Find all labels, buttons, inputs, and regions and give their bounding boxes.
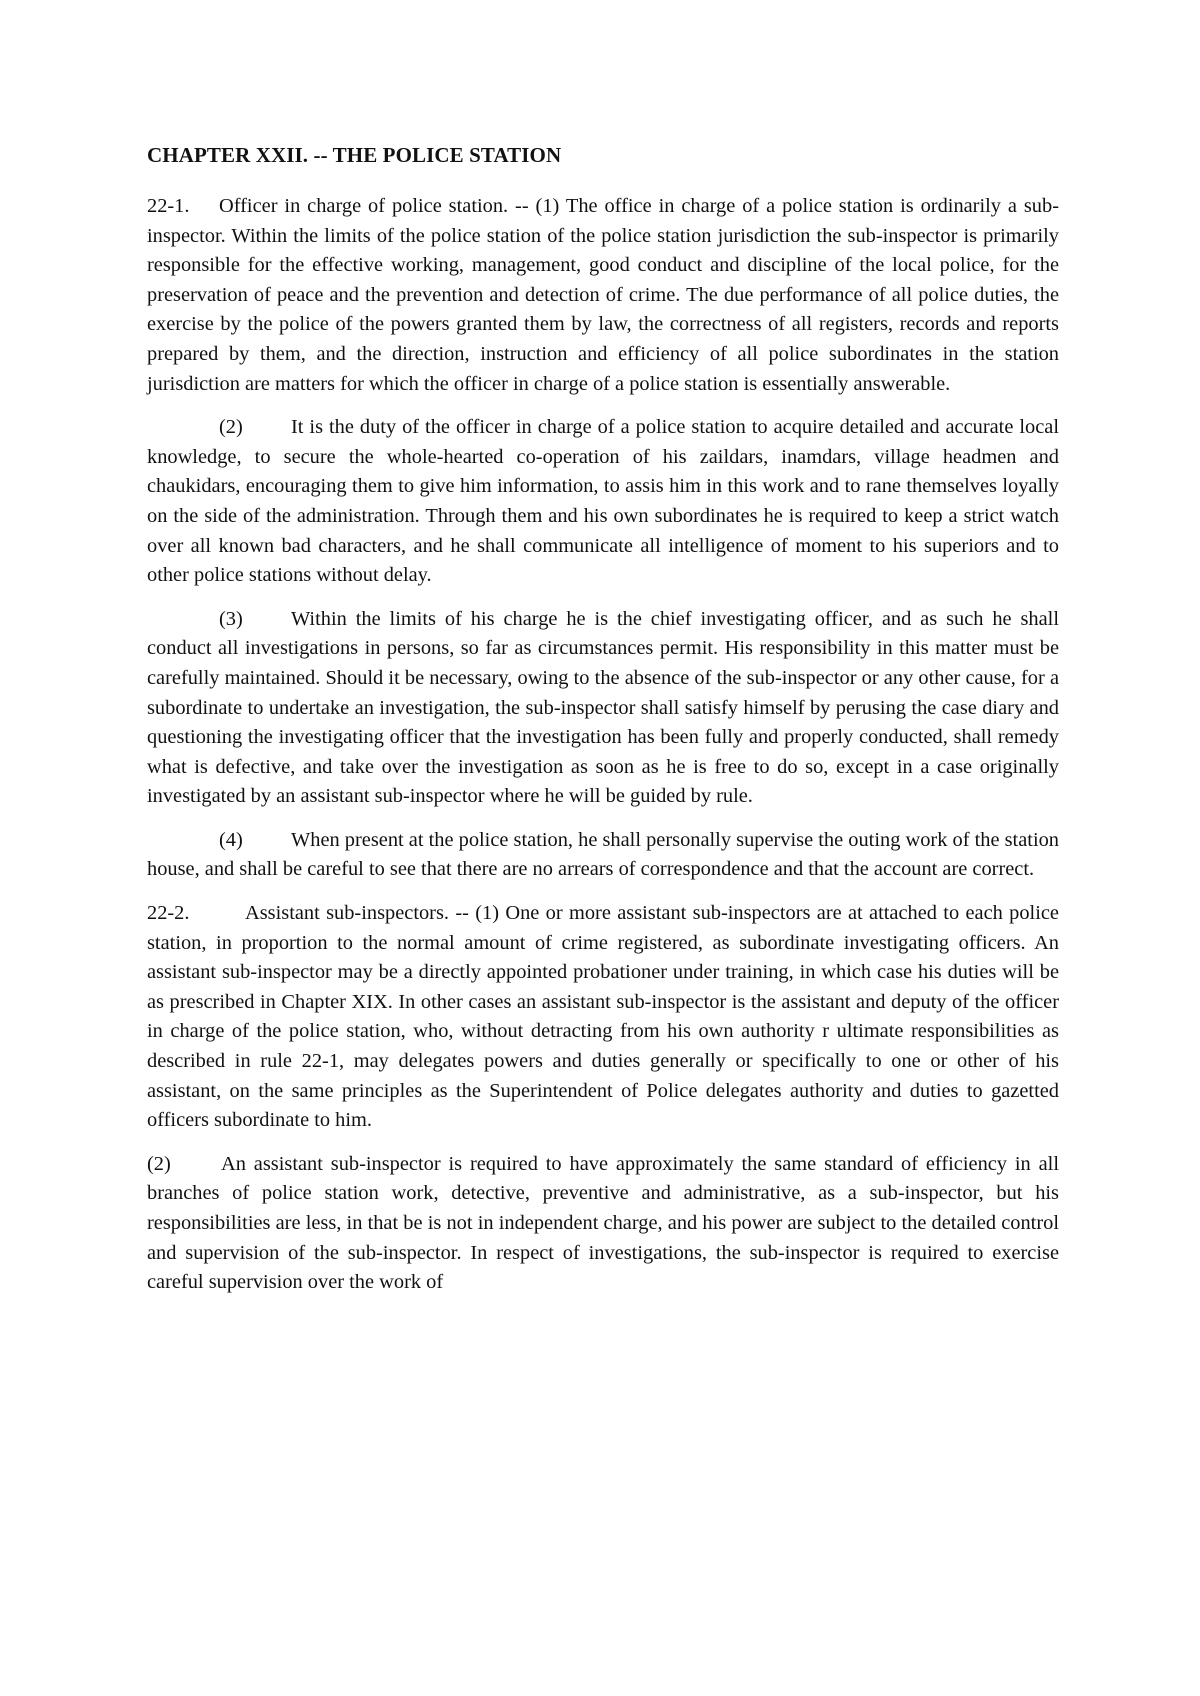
rule-22-1-clause-4: (4)When present at the police station, h… [147,826,1059,885]
paragraph-text: Assistant sub-inspectors. -- (1) One or … [147,902,1059,1131]
paragraph-text: Officer in charge of police station. -- … [147,195,1059,395]
rule-22-1-paragraph: 22-1.Officer in charge of police station… [147,192,1059,399]
clause-number: (2) [147,1150,221,1180]
chapter-title: CHAPTER XXII. -- THE POLICE STATION [147,140,1059,170]
rule-22-1-clause-3: (3)Within the limits of his charge he is… [147,605,1059,812]
rule-22-2-paragraph: 22-2.Assistant sub-inspectors. -- (1) On… [147,899,1059,1136]
rule-number: 22-1. [147,192,219,222]
clause-number: (3) [219,605,291,635]
paragraph-text: Within the limits of his charge he is th… [147,608,1059,808]
rule-22-2-clause-2: (2)An assistant sub-inspector is require… [147,1150,1059,1298]
document-page: CHAPTER XXII. -- THE POLICE STATION 22-1… [147,140,1059,1312]
clause-number: (4) [219,826,291,856]
rule-22-1-clause-2: (2)It is the duty of the officer in char… [147,413,1059,591]
clause-number: (2) [219,413,291,443]
rule-number: 22-2. [147,899,245,929]
paragraph-text: An assistant sub-inspector is required t… [147,1153,1059,1293]
